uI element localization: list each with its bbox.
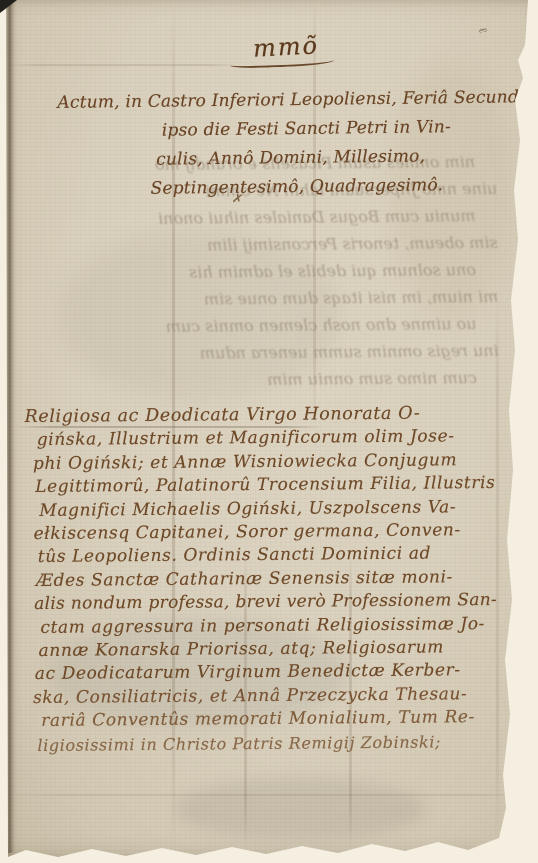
bleedthrough-line: sim obeum, tenoris Perconsimij ilim bbox=[28, 229, 498, 260]
bleedthrough-line: cum nimo sum onniu mim bbox=[29, 364, 477, 395]
heading-flourish: mmõ bbox=[225, 30, 346, 64]
main-paragraph: Religiosa ac Deodicata Virgo Honorata O-… bbox=[22, 402, 498, 757]
opening-line: ipso die Festi Sancti Petri in Vin- bbox=[162, 112, 536, 146]
bleedthrough-line: inu regis omnim summ uenera ndum bbox=[29, 337, 499, 368]
body-line: alis nondum professa, brevi verò Profess… bbox=[34, 589, 497, 616]
page-number-mark: ℓ bbox=[475, 25, 490, 37]
body-line: Legittimorû, Palatinorû Trocensium Filia… bbox=[35, 472, 496, 499]
fold-crease-horizontal bbox=[0, 794, 538, 796]
bleedthrough-line: onu solnum qui debils el admim his bbox=[28, 256, 476, 287]
opening-paragraph: Actum, in Castro Inferiori Leopoliensi, … bbox=[57, 83, 536, 205]
opening-line: Septingentesimô, Quadragesimô. bbox=[150, 170, 536, 204]
bleedthrough-line: uo uimne dno nosh clemen omnis cum bbox=[28, 310, 476, 341]
page-left-edge-shadow bbox=[5, 0, 15, 853]
bleedthrough-line: muniu cum Bogus Daniales nihui ononi bbox=[27, 202, 475, 233]
scan-background: nim omnes usum Picaselis e orandij mo ui… bbox=[0, 0, 538, 863]
opening-line: Actum, in Castro Inferiori Leopoliensi, … bbox=[57, 83, 535, 118]
paper-stain bbox=[175, 778, 425, 840]
opening-line: culis, Annô Domini, Millesimo, bbox=[156, 141, 536, 175]
body-line: ligiosissimi in Christo Patris Remigij Z… bbox=[37, 730, 498, 757]
fold-crease-horizontal bbox=[8, 64, 238, 66]
manuscript-page: nim omnes usum Picaselis e orandij mo ui… bbox=[0, 0, 538, 863]
bleedthrough-line: mi nium, im nisi itaqs dum onue sim bbox=[28, 283, 498, 314]
